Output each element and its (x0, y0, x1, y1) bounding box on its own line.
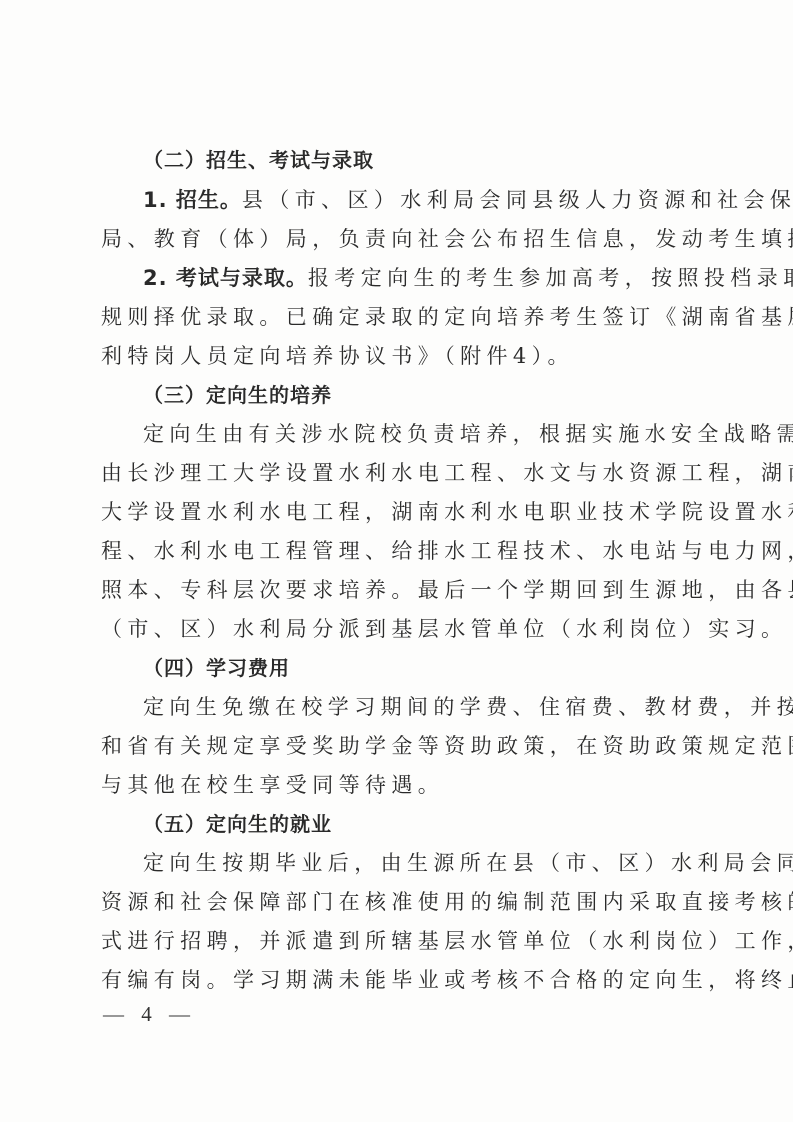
paragraph-line: 利特岗人员定向培养协议书》（附件4）。 (101, 343, 701, 369)
paragraph-text: 报考定向生的考生参加高考，按照投档录取 (308, 266, 793, 290)
paragraph-lead: 1. 招生。 (143, 188, 242, 212)
paragraph-line: 定向生按期毕业后，由生源所在县（市、区）水利局会同人力 (143, 850, 743, 876)
section-heading-3: （三）定向生的培养 (143, 382, 743, 408)
paragraph-line: 定向生由有关涉水院校负责培养，根据实施水安全战略需要， (143, 421, 743, 447)
document-page: （二）招生、考试与录取 1. 招生。县（市、区）水利局会同县级人力资源和社会保障… (0, 0, 793, 1122)
paragraph-line: 2. 考试与录取。报考定向生的考生参加高考，按照投档录取 (143, 265, 743, 291)
paragraph-line: 照本、专科层次要求培养。最后一个学期回到生源地，由各县 (101, 577, 701, 603)
section-heading-2: （二）招生、考试与录取 (143, 147, 743, 173)
paragraph-line: 由长沙理工大学设置水利水电工程、水文与水资源工程，湖南农业 (101, 460, 701, 486)
paragraph-line: 1. 招生。县（市、区）水利局会同县级人力资源和社会保障 (143, 187, 743, 213)
paragraph-line: 有编有岗。学习期满未能毕业或考核不合格的定向生，将终止或 (101, 967, 701, 993)
paragraph-line: 规则择优录取。已确定录取的定向培养考生签订《湖南省基层水 (101, 304, 701, 330)
paragraph-line: 式进行招聘，并派遣到所辖基层水管单位（水利岗位）工作，确保 (101, 928, 701, 954)
paragraph-line: 与其他在校生享受同等待遇。 (101, 772, 701, 798)
paragraph-lead: 2. 考试与录取。 (143, 266, 308, 290)
paragraph-text: 县（市、区）水利局会同县级人力资源和社会保障 (242, 188, 793, 212)
paragraph-line: （市、区）水利局分派到基层水管单位（水利岗位）实习。 (101, 616, 701, 642)
paragraph-line: 定向生免缴在校学习期间的学费、住宿费、教材费，并按国家 (143, 694, 743, 720)
paragraph-line: 资源和社会保障部门在核准使用的编制范围内采取直接考核的方 (101, 889, 701, 915)
section-heading-5: （五）定向生的就业 (143, 811, 743, 837)
paragraph-line: 局、教育（体）局，负责向社会公布招生信息，发动考生填报志愿。 (101, 226, 701, 252)
paragraph-line: 和省有关规定享受奖助学金等资助政策，在资助政策规定范围内 (101, 733, 701, 759)
page-number: — 4 — (103, 1002, 196, 1027)
paragraph-line: 大学设置水利水电工程，湖南水利水电职业技术学院设置水利工 (101, 499, 701, 525)
paragraph-line: 程、水利水电工程管理、给排水工程技术、水电站与电力网，分别按 (101, 538, 701, 564)
section-heading-4: （四）学习费用 (143, 655, 743, 681)
